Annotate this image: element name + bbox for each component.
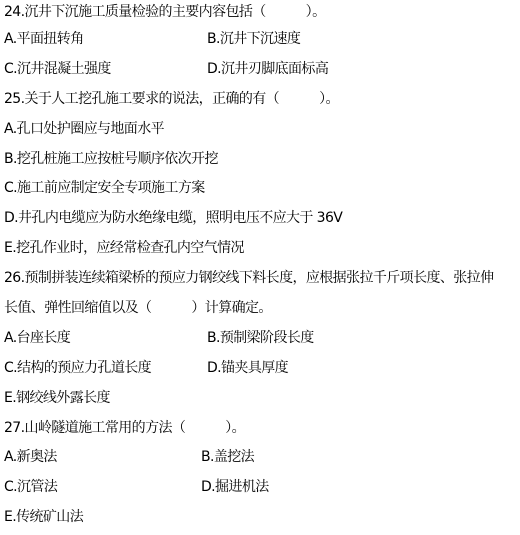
question-text-end: ）。 [306,0,326,24]
question-26-options-row-2: C.结构的预应力孔道长度 D.锚夹具厚度 [4,353,518,383]
option-e: E.挖孔作业时，应经常检查孔内空气情况 [4,233,518,263]
question-number: 26. [4,266,24,290]
question-text: 山岭隧道施工常用的方法（ [24,416,185,440]
option-d: D.掘进机法 [201,475,269,499]
question-text: 长值、弹性回缩值以及（ [4,296,151,320]
question-26-stem-line-1: 26.预制拼装连续箱梁桥的预应力钢绞线下料长度，应根据张拉千斤项长度、张拉伸 [4,263,518,293]
question-26-stem-line-2: 长值、弹性回缩值以及（）计算确定。 [4,293,518,323]
option-d: D.沉井刃脚底面标高 [207,57,328,81]
exam-document: 24.沉井下沉施工质量检验的主要内容包括（）。 A.平面扭转角 B.沉井下沉速度… [4,0,518,532]
option-c: C.沉井混凝土强度 [4,57,207,81]
option-e: E.传统矿山法 [4,502,518,532]
option-b: B.挖孔桩施工应按桩号顺序依次开挖 [4,144,518,174]
question-text-end: ）。 [319,87,339,111]
question-number: 25. [4,87,24,111]
option-a: A.平面扭转角 [4,27,207,51]
option-b: B.预制梁阶段长度 [207,326,314,350]
option-b: B.盖挖法 [201,445,254,469]
question-number: 24. [4,0,24,24]
question-24-options-row-2: C.沉井混凝土强度 D.沉井刃脚底面标高 [4,54,518,84]
question-number: 27. [4,416,24,440]
option-b: B.沉井下沉速度 [207,27,300,51]
question-24-stem: 24.沉井下沉施工质量检验的主要内容包括（）。 [4,0,518,24]
option-c: C.沉管法 [4,475,201,499]
option-e: E.钢绞线外露长度 [4,383,518,413]
question-text: 关于人工挖孔施工要求的说法，正确的有（ [24,87,279,111]
question-text: 沉井下沉施工质量检验的主要内容包括（ [24,0,265,24]
option-c: C.结构的预应力孔道长度 [4,356,207,380]
question-27-options-row-1: A.新奥法 B.盖挖法 [4,442,518,472]
question-27-options-row-2: C.沉管法 D.掘进机法 [4,472,518,502]
question-text-end: ）。 [225,416,245,440]
option-a: A.台座长度 [4,326,207,350]
option-d: D.锚夹具厚度 [207,356,288,380]
question-26-options-row-1: A.台座长度 B.预制梁阶段长度 [4,323,518,353]
question-25-stem: 25.关于人工挖孔施工要求的说法，正确的有（）。 [4,84,518,114]
option-c: C.施工前应制定安全专项施工方案 [4,173,518,203]
option-a: A.孔口处护圈应与地面水平 [4,114,518,144]
question-27-stem: 27.山岭隧道施工常用的方法（）。 [4,413,518,443]
option-d: D.井孔内电缆应为防水绝缘电缆，照明电压不应大于 36V [4,203,518,233]
question-text-end: ）计算确定。 [191,296,271,320]
option-a: A.新奥法 [4,445,201,469]
question-text: 预制拼装连续箱梁桥的预应力钢绞线下料长度，应根据张拉千斤项长度、张拉伸 [24,266,493,290]
question-24-options-row-1: A.平面扭转角 B.沉井下沉速度 [4,24,518,54]
